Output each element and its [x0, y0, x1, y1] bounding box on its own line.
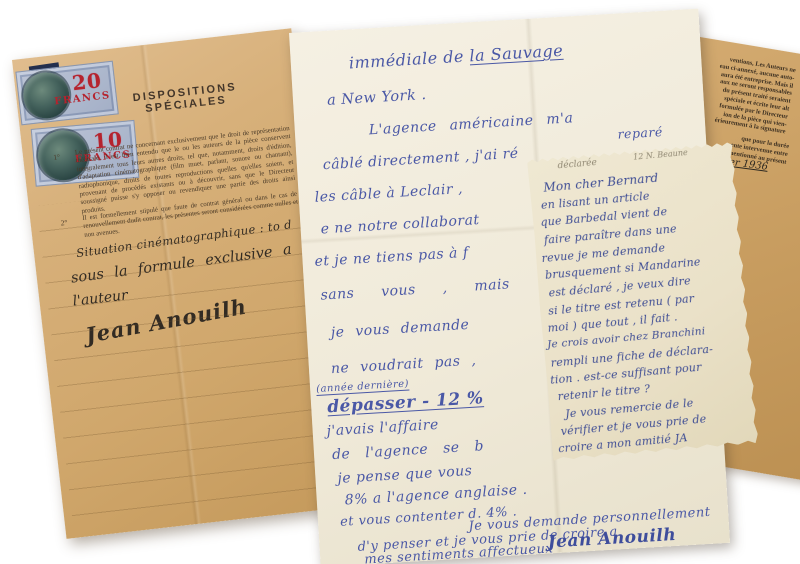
- clause-text: Il est formellement stipulé que faute de…: [82, 191, 298, 239]
- letter-heading-line: immédiale de la Sauvage: [348, 41, 563, 73]
- letter-underlined-title: la Sauvage: [469, 41, 564, 66]
- clause-2: 2° Il est formellement stipulé que faute…: [82, 191, 299, 241]
- clause-number: 2°: [60, 219, 68, 228]
- letter-line: L'agence américaine m'a: [368, 110, 573, 138]
- clause-number: 1°: [53, 153, 61, 162]
- letter-line: je pense que vous: [337, 463, 473, 487]
- letter-line: sans vous , mais: [320, 276, 510, 303]
- letter-heading-text: immédiale de: [348, 46, 470, 72]
- document-title: DISPOSITIONS SPÉCIALES: [100, 77, 272, 119]
- handwriting-line: sous la formule exclusive a: [70, 242, 293, 287]
- letter-line: j'avais l'affaire: [326, 417, 439, 440]
- signature-jean-anouilh: Jean Anouilh: [84, 294, 249, 348]
- letter-line: et je ne tiens pas à f: [314, 245, 469, 270]
- note-line: retenir le titre ?: [557, 382, 650, 403]
- letter-line: câblé directement , j'ai ré: [322, 146, 519, 174]
- letter-line: a New York .: [327, 87, 427, 109]
- letter-line: je vous demande: [330, 317, 469, 341]
- pencil-annotation: déclarée: [557, 158, 597, 171]
- letter-line: les câble à Leclair ,: [314, 181, 463, 206]
- handwriting-line: Situation cinématographique : to d: [75, 217, 292, 260]
- photo-of-three-documents: 20 FRANCS 10 FRANCS DISPOSITIONS SPÉCIAL…: [0, 0, 800, 564]
- letter-line: reparé: [617, 124, 663, 142]
- letter-line: ne voudrait pas ,: [331, 352, 477, 377]
- handwritten-note-card: déclarée 12 N. Beaune Mon cher Bernard e…: [527, 142, 759, 461]
- letter-line: e ne notre collaborat: [320, 212, 480, 237]
- handwriting-line: l'auteur: [72, 287, 129, 309]
- letter-line: de l'agence se b: [332, 438, 485, 463]
